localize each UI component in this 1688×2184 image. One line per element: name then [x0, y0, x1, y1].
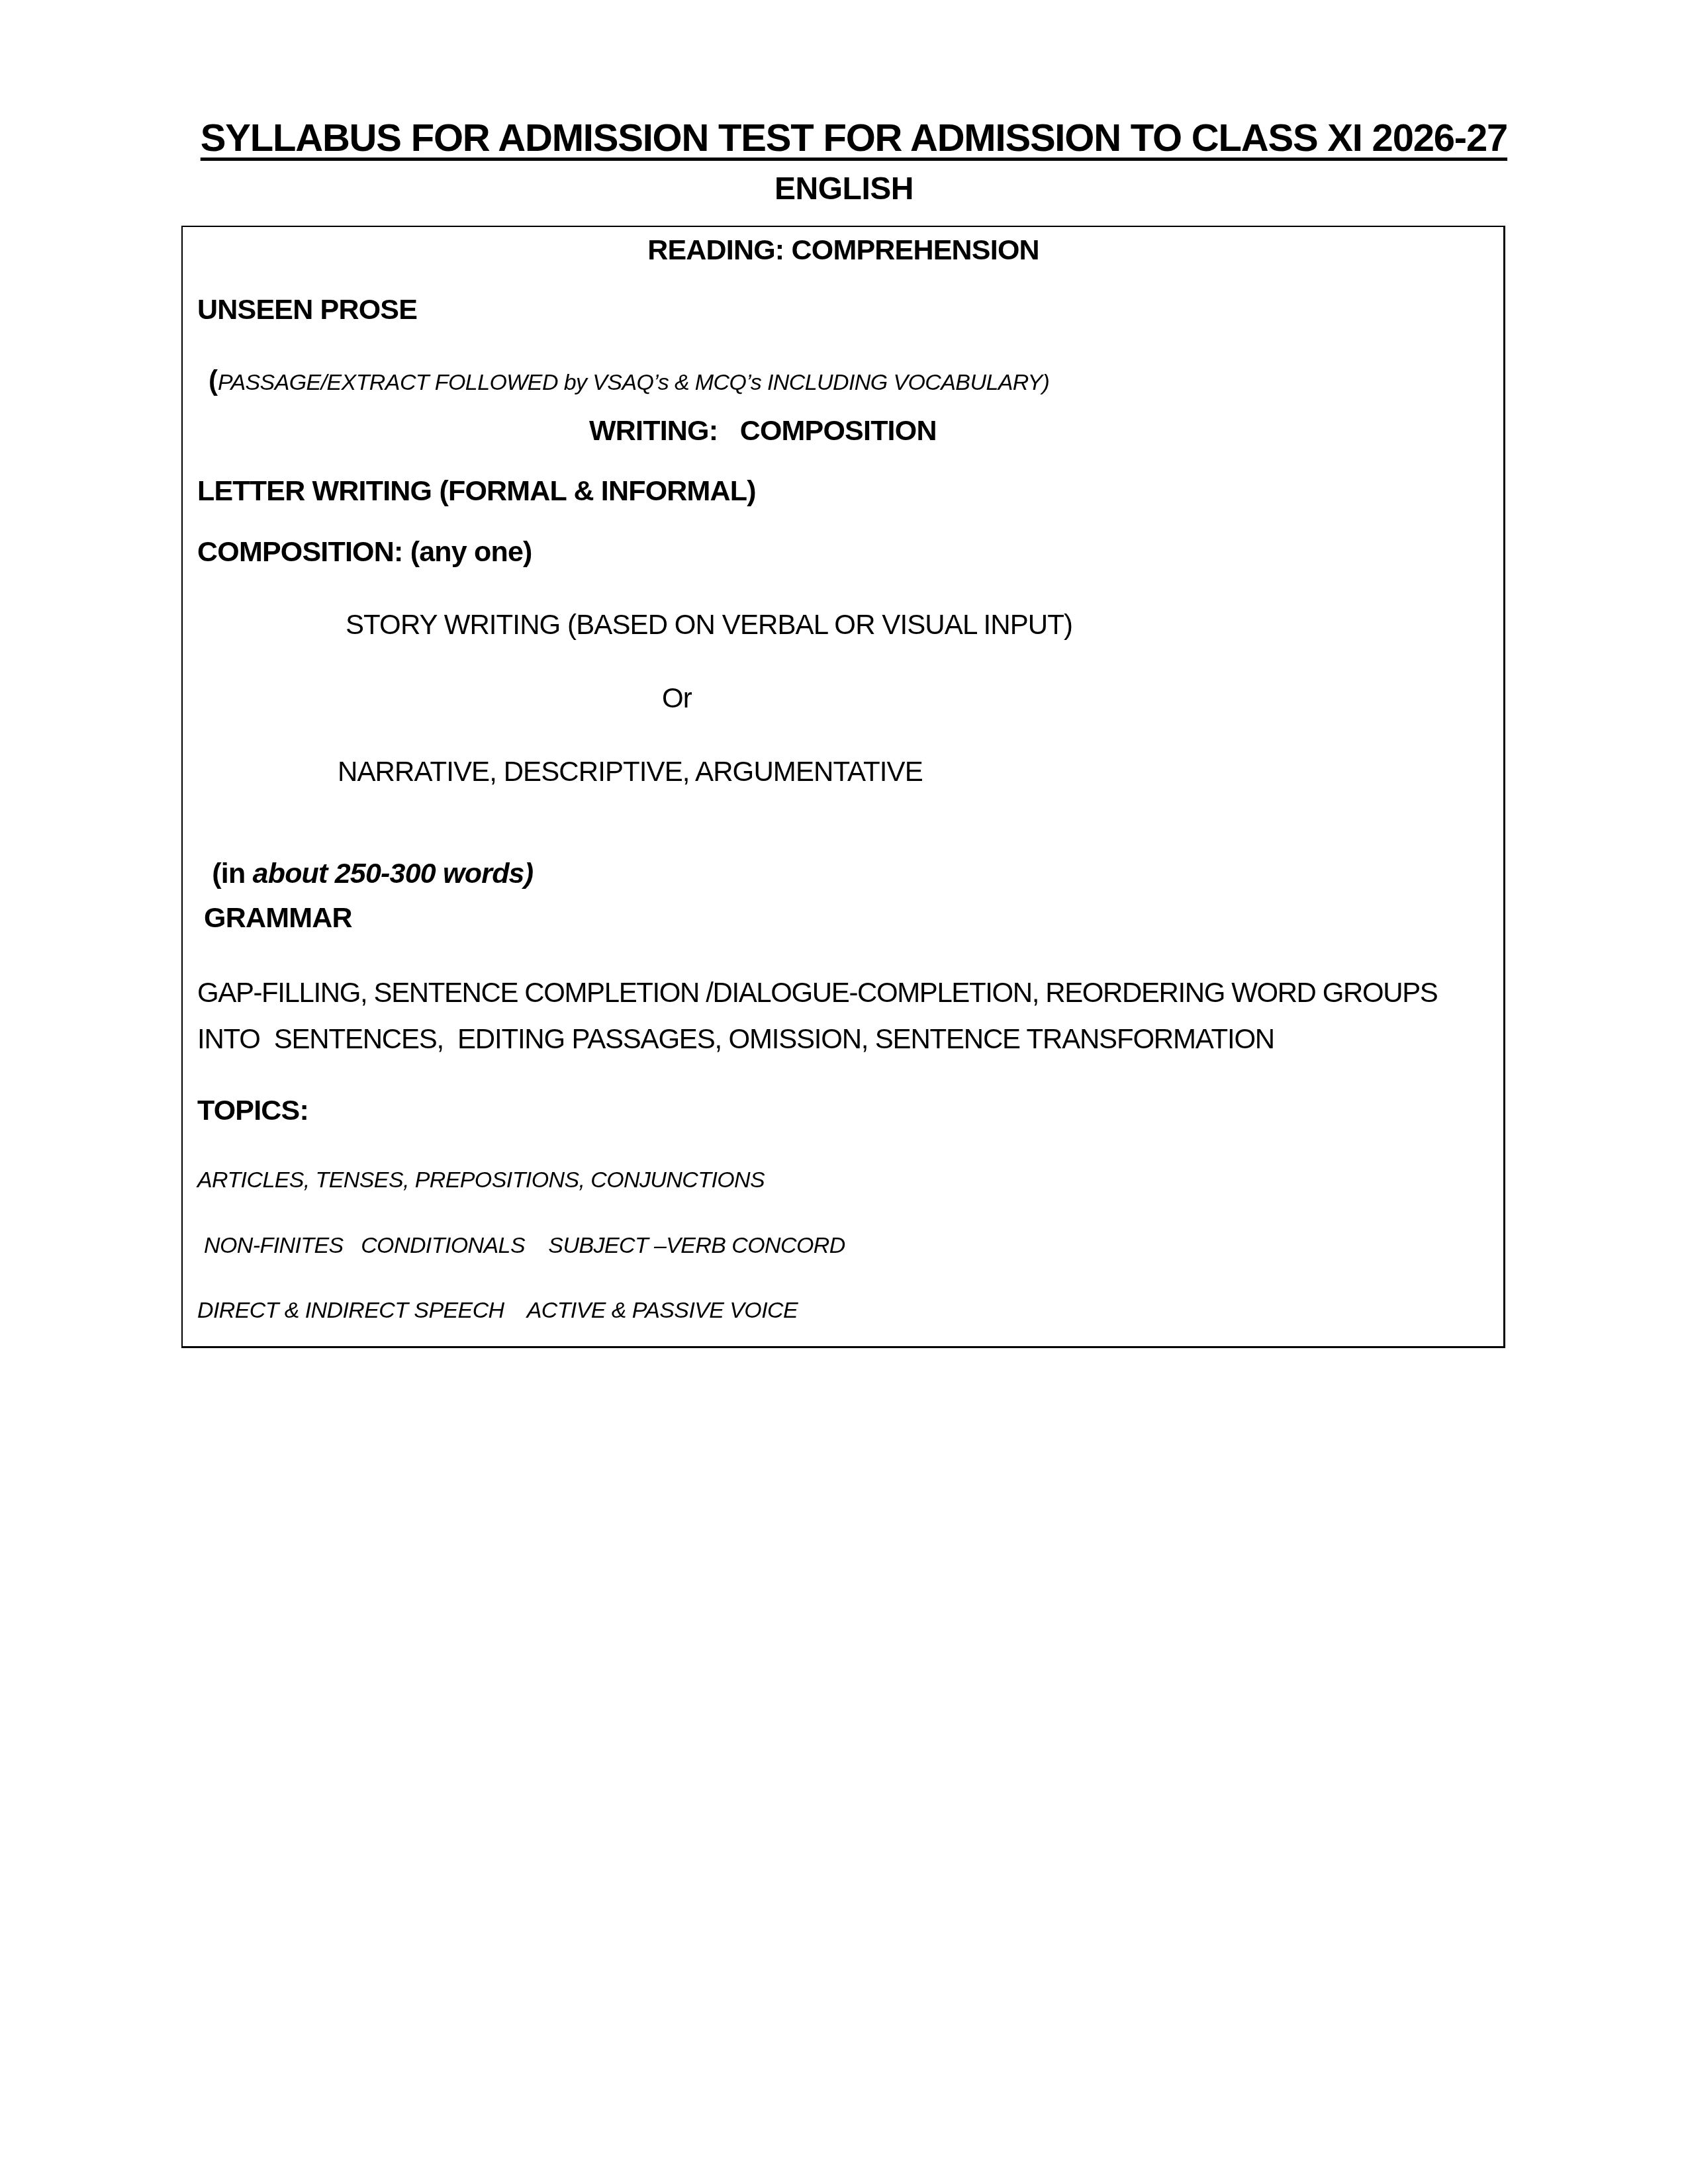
- topics-label: TOPICS:: [197, 1097, 308, 1125]
- topic-line-1: ARTICLES, TENSES, PREPOSITIONS, CONJUNCT…: [197, 1169, 765, 1191]
- reading-heading: READING: COMPREHENSION: [181, 236, 1505, 265]
- unseen-prose-item: UNSEEN PROSE: [197, 296, 417, 324]
- subject-heading: ENGLISH: [0, 173, 1688, 205]
- composition-option-essay: NARRATIVE, DESCRIPTIVE, ARGUMENTATIVE: [338, 758, 923, 786]
- composition-or: Or: [662, 684, 692, 712]
- word-limit: (in about 250-300 words): [197, 831, 533, 888]
- word-limit-prefix: (in: [212, 858, 252, 889]
- topic-line-2: NON-FINITES CONDITIONALS SUBJECT –VERB C…: [204, 1234, 845, 1257]
- document-title-text: SYLLABUS FOR ADMISSION TEST FOR ADMISSIO…: [201, 116, 1507, 159]
- grammar-tasks-line-1: GAP-FILLING, SENTENCE COMPLETION /DIALOG…: [197, 979, 1437, 1007]
- reading-note-paren: (: [209, 365, 218, 396]
- document-title: SYLLABUS FOR ADMISSION TEST FOR ADMISSIO…: [0, 81, 1688, 158]
- reading-note-text: PASSAGE/EXTRACT FOLLOWED by VSAQ’s & MCQ…: [218, 370, 1049, 395]
- composition-label: COMPOSITION: (any one): [197, 538, 532, 567]
- letter-writing-item: LETTER WRITING (FORMAL & INFORMAL): [197, 477, 756, 506]
- grammar-heading: GRAMMAR: [204, 904, 352, 933]
- grammar-tasks-line-2: INTO SENTENCES, EDITING PASSAGES, OMISSI…: [197, 1025, 1274, 1053]
- word-limit-italic: about 250-300 words): [253, 858, 534, 889]
- writing-heading: WRITING: COMPOSITION: [589, 417, 937, 445]
- topic-line-3: DIRECT & INDIRECT SPEECH ACTIVE & PASSIV…: [197, 1299, 798, 1322]
- composition-option-story: STORY WRITING (BASED ON VERBAL OR VISUAL…: [346, 611, 1072, 639]
- reading-note: (PASSAGE/EXTRACT FOLLOWED by VSAQ’s & MC…: [203, 356, 1049, 394]
